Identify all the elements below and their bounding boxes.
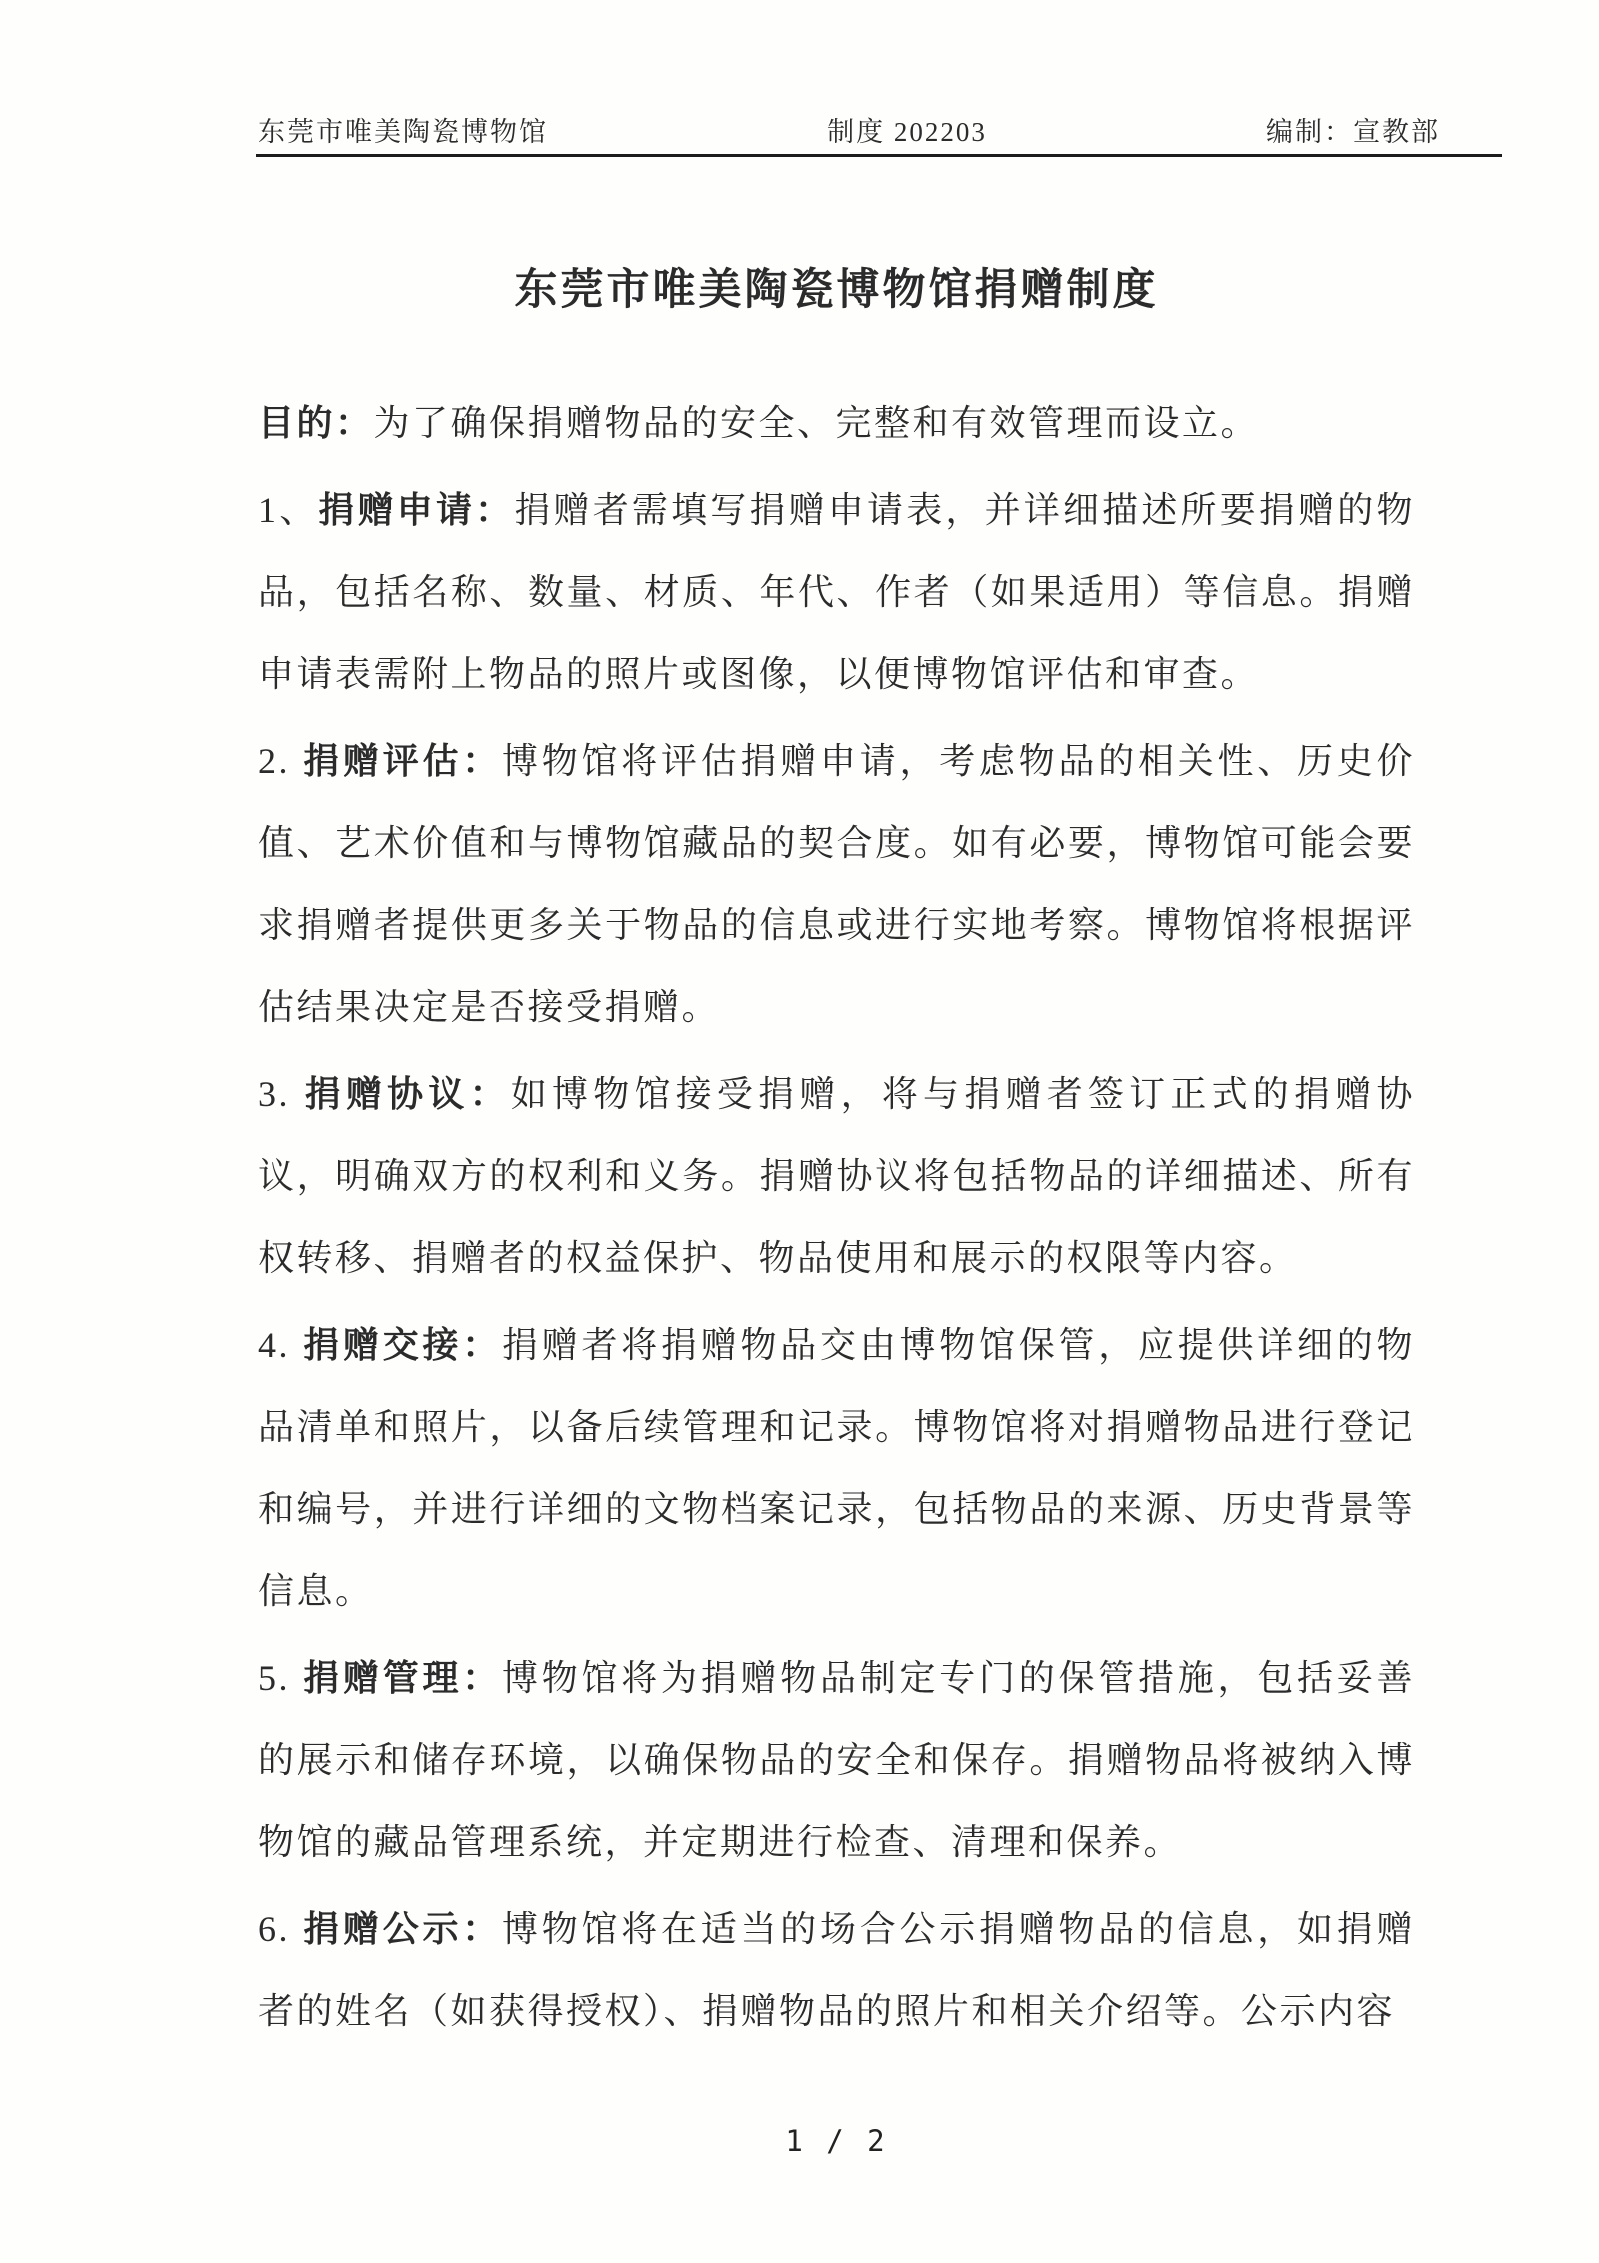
section-number: 3. <box>258 1074 290 1114</box>
paragraph-purpose: 目的：为了确保捐赠物品的安全、完整和有效管理而设立。 <box>258 382 1415 464</box>
header-divider <box>256 154 1502 157</box>
section-label: 捐赠公示： <box>302 1909 502 1949</box>
section-label: 目的： <box>258 403 374 443</box>
section-label: 捐赠评估： <box>302 741 502 781</box>
section-number: 5. <box>258 1658 290 1698</box>
section-label: 捐赠交接： <box>302 1325 502 1365</box>
paragraph-management: 5.捐赠管理：博物馆将为捐赠物品制定专门的保管措施，包括妥善的展示和储存环境，以… <box>258 1637 1415 1883</box>
document-body: 目的：为了确保捐赠物品的安全、完整和有效管理而设立。 1、捐赠申请：捐赠者需填写… <box>258 382 1415 2057</box>
section-label: 捐赠协议： <box>302 1074 511 1114</box>
paragraph-evaluation: 2.捐赠评估：博物馆将评估捐赠申请，考虑物品的相关性、历史价值、艺术价值和与博物… <box>258 720 1415 1048</box>
section-number: 4. <box>258 1325 290 1365</box>
page-number: 1 / 2 <box>258 2124 1415 2158</box>
section-label: 捐赠申请： <box>318 490 514 530</box>
section-number: 2. <box>258 741 290 781</box>
header-org-name: 东莞市唯美陶瓷博物馆 <box>258 110 548 149</box>
header-doc-code: 制度 202203 <box>827 110 987 149</box>
scanned-document-page: 东莞市唯美陶瓷博物馆 制度 202203 编制：宣教部 东莞市唯美陶瓷博物馆捐赠… <box>0 0 1599 2263</box>
section-number: 6. <box>258 1909 290 1949</box>
section-label: 捐赠管理： <box>302 1658 502 1698</box>
header-compiler: 编制：宣教部 <box>1266 110 1440 149</box>
section-text: 捐赠者将捐赠物品交由博物馆保管，应提供详细的物品清单和照片，以备后续管理和记录。… <box>258 1325 1415 1611</box>
section-text: 为了确保捐赠物品的安全、完整和有效管理而设立。 <box>374 403 1260 443</box>
document-header: 东莞市唯美陶瓷博物馆 制度 202203 编制：宣教部 <box>258 110 1440 149</box>
section-text: 博物馆将评估捐赠申请，考虑物品的相关性、历史价值、艺术价值和与博物馆藏品的契合度… <box>258 741 1415 1027</box>
paragraph-agreement: 3.捐赠协议：如博物馆接受捐赠，将与捐赠者签订正式的捐赠协议，明确双方的权利和义… <box>258 1053 1415 1299</box>
paragraph-application: 1、捐赠申请：捐赠者需填写捐赠申请表，并详细描述所要捐赠的物品，包括名称、数量、… <box>258 469 1415 715</box>
paragraph-handover: 4.捐赠交接：捐赠者将捐赠物品交由博物馆保管，应提供详细的物品清单和照片，以备后… <box>258 1304 1415 1632</box>
paragraph-publicity: 6.捐赠公示：博物馆将在适当的场合公示捐赠物品的信息，如捐赠者的姓名（如获得授权… <box>258 1888 1415 2052</box>
section-number: 1、 <box>258 490 318 530</box>
document-title: 东莞市唯美陶瓷博物馆捐赠制度 <box>258 256 1415 317</box>
